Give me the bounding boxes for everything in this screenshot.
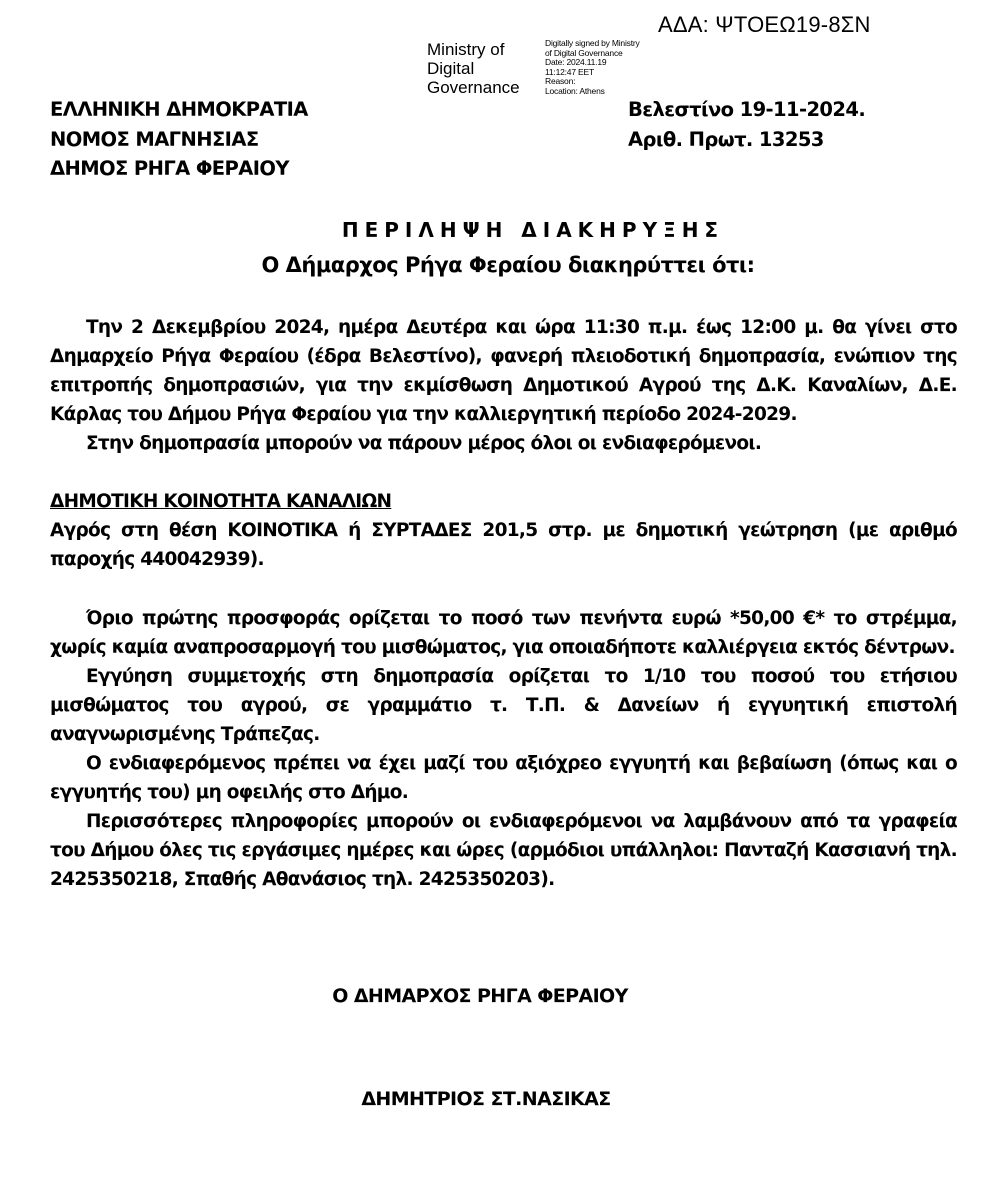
terms-paragraph: Περισσότερες πληροφορίες μπορούν οι ενδι… — [50, 807, 957, 894]
intro-section: Την 2 Δεκεμβρίου 2024, ημέρα Δευτέρα και… — [50, 313, 957, 458]
terms-section: Όριο πρώτης προσφοράς ορίζεται το ποσό τ… — [50, 604, 957, 894]
community-section: ΔΗΜΟΤΙΚΗ ΚΟΙΝΟΤΗΤΑ ΚΑΝΑΛΙΩΝ Αγρός στη θέ… — [50, 487, 957, 574]
issuer-header: ΕΛΛΗΝΙΚΗ ΔΗΜΟΚΡΑΤΙΑ ΝΟΜΟΣ ΜΑΓΝΗΣΙΑΣ ΔΗΜΟ… — [50, 95, 308, 184]
terms-paragraph: Ο ενδιαφερόμενος πρέπει να έχει μαζί του… — [50, 749, 957, 807]
signatory-role: Ο ΔΗΜΑΡΧΟΣ ΡΗΓΑ ΦΕΡΑΙΟΥ — [0, 985, 960, 1007]
issuer-line-country: ΕΛΛΗΝΙΚΗ ΔΗΜΟΚΡΑΤΙΑ — [50, 95, 308, 125]
digital-signature-details: Digitally signed by Ministry of Digital … — [545, 39, 675, 97]
signature-org-line: Governance — [427, 78, 542, 97]
document-title: ΠΕΡΙΛΗΨΗ ΔΙΑΚΗΡΥΞΗΣ — [0, 218, 996, 242]
signature-org-line: Ministry of — [427, 40, 542, 59]
ada-code: ΑΔΑ: ΨΤΟΕΩ19-8ΣΝ — [658, 12, 871, 38]
terms-paragraph: Όριο πρώτης προσφοράς ορίζεται το ποσό τ… — [50, 604, 957, 662]
place-date: Βελεστίνο 19-11-2024. — [628, 95, 865, 125]
signature-org: Ministry of Digital Governance — [427, 40, 542, 97]
protocol-number: Αριθ. Πρωτ. 13253 — [628, 125, 865, 155]
field-description: Αγρός στη θέση ΚΟΙΝΟΤΙΚΑ ή ΣΥΡΤΑΔΕΣ 201,… — [50, 516, 957, 574]
intro-paragraph: Στην δημοπρασία μπορούν να πάρουν μέρος … — [50, 429, 957, 458]
document-reference: Βελεστίνο 19-11-2024. Αριθ. Πρωτ. 13253 — [628, 95, 865, 154]
document-subtitle: Ο Δήμαρχος Ρήγα Φεραίου διακηρύττει ότι: — [0, 253, 996, 277]
terms-paragraph: Εγγύηση συμμετοχής στη δημοπρασία ορίζετ… — [50, 662, 957, 749]
issuer-line-municipality: ΔΗΜΟΣ ΡΗΓΑ ΦΕΡΑΙΟΥ — [50, 154, 308, 184]
issuer-line-prefecture: ΝΟΜΟΣ ΜΑΓΝΗΣΙΑΣ — [50, 125, 308, 155]
section-title: ΔΗΜΟΤΙΚΗ ΚΟΙΝΟΤΗΤΑ ΚΑΝΑΛΙΩΝ — [50, 487, 957, 516]
intro-paragraph: Την 2 Δεκεμβρίου 2024, ημέρα Δευτέρα και… — [50, 313, 957, 429]
signatory-name: ΔΗΜΗΤΡΙΟΣ ΣΤ.ΝΑΣΙΚΑΣ — [0, 1088, 972, 1110]
signature-org-line: Digital — [427, 59, 542, 78]
